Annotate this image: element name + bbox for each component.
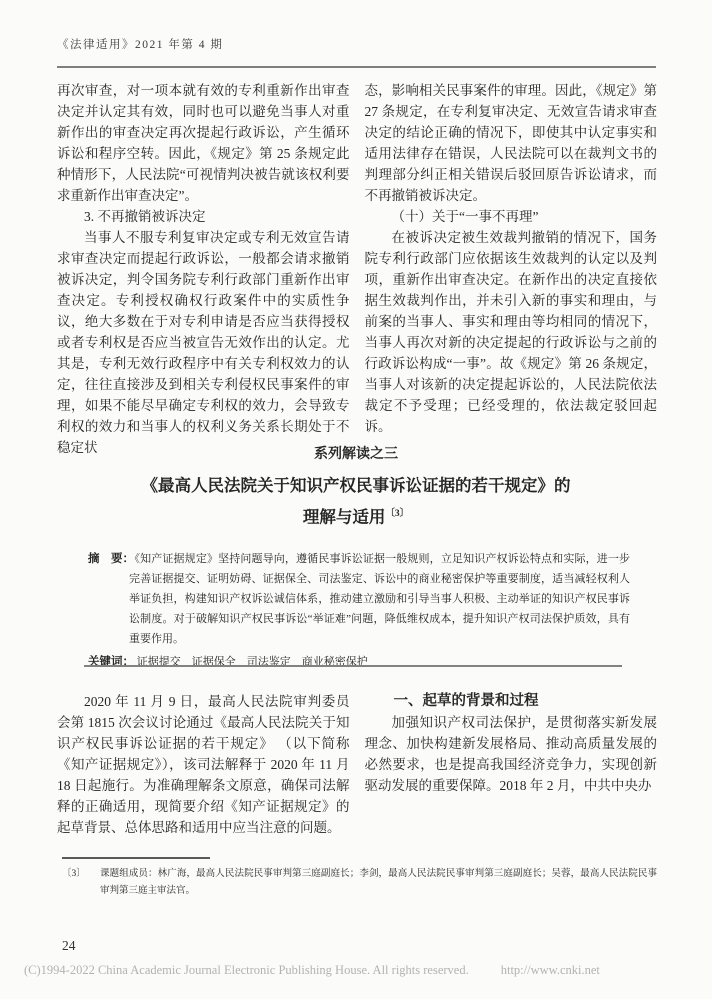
- header-rule: [57, 66, 656, 68]
- series-label: 系列解读之三: [0, 443, 712, 463]
- body-paragraph: 再次审查，对一项本就有效的专利重新作出审查决定并认定其有效，同时也可以避免当事人…: [57, 80, 350, 206]
- copyright-text: (C)1994-2022 China Academic Journal Elec…: [24, 963, 469, 977]
- page-number: 24: [62, 938, 76, 954]
- section-heading: 一、起草的背景和过程: [365, 691, 658, 712]
- cnki-url: http://www.cnki.net: [501, 963, 600, 977]
- body-paragraph: 在被诉决定被生效裁判撤销的情况下，国务院专利行政部门应依据该生效裁判的认定以及判…: [365, 227, 658, 437]
- bottom-two-column-section: 2020 年 11 月 9 日，最高人民法院审判委员会第 1815 次会议讨论通…: [57, 691, 657, 838]
- keywords-row: 关键词： 证据提交 证据保全 司法鉴定 商业秘密保护: [88, 652, 630, 672]
- subsection-heading: 3. 不再撤销被诉决定: [57, 206, 350, 227]
- article-title-block: 系列解读之三 《最高人民法院关于知识产权民事诉讼证据的若干规定》的 理解与适用〔…: [0, 443, 712, 532]
- footnote-marker: 〔3〕: [62, 866, 86, 883]
- footnote: 〔3〕 课题组成员：林广海，最高人民法院民事审判第三庭副庭长；李剑，最高人民法院…: [62, 866, 657, 900]
- abstract-block: 摘 要： 《知产证据规定》坚持问题导向，遵循民事诉讼证据一般规则，立足知识产权诉…: [88, 549, 630, 672]
- footnote-text: 课题组成员：林广海，最高人民法院民事审判第三庭副庭长；李剑，最高人民法院民事审判…: [100, 866, 657, 900]
- abstract-row: 摘 要： 《知产证据规定》坚持问题导向，遵循民事诉讼证据一般规则，立足知识产权诉…: [88, 549, 630, 649]
- top-two-column-section: 再次审查，对一项本就有效的专利重新作出审查决定并认定其有效，同时也可以避免当事人…: [57, 80, 657, 458]
- body-paragraph: 2020 年 11 月 9 日，最高人民法院审判委员会第 1815 次会议讨论通…: [57, 691, 350, 838]
- body-paragraph: 加强知识产权司法保护，是贯彻落实新发展理念、加快构建新发展格局、推动高质量发展的…: [365, 712, 658, 796]
- article-title: 《最高人民法院关于知识产权民事诉讼证据的若干规定》的 理解与适用〔3〕: [0, 472, 712, 532]
- article-title-line2: 理解与适用: [303, 508, 386, 527]
- bottom-left-column: 2020 年 11 月 9 日，最高人民法院审判委员会第 1815 次会议讨论通…: [57, 691, 350, 838]
- subsection-heading: （十）关于“一事不再理”: [365, 206, 658, 227]
- abstract-text: 《知产证据规定》坚持问题导向，遵循民事诉讼证据一般规则，立足知识产权诉讼特点和实…: [129, 549, 630, 649]
- body-paragraph: 当事人不服专利复审决定或专利无效宣告请求审查决定而提起行政诉讼，一般都会请求撤销…: [57, 227, 350, 458]
- abstract-divider-rule: [84, 665, 622, 667]
- body-paragraph: 态，影响相关民事案件的审理。因此，《规定》第 27 条规定，在专利复审决定、无效…: [365, 80, 658, 206]
- journal-header: 《法律适用》2021 年第 4 期: [57, 36, 223, 52]
- journal-page: 《法律适用》2021 年第 4 期 再次审查，对一项本就有效的专利重新作出审查决…: [0, 0, 712, 999]
- bottom-right-column: 一、起草的背景和过程 加强知识产权司法保护，是贯彻落实新发展理念、加快构建新发展…: [365, 691, 658, 838]
- title-footnote-marker: 〔3〕: [385, 509, 409, 519]
- article-title-line1: 《最高人民法院关于知识产权民事诉讼证据的若干规定》的: [142, 476, 571, 495]
- top-left-column: 再次审查，对一项本就有效的专利重新作出审查决定并认定其有效，同时也可以避免当事人…: [57, 80, 350, 458]
- top-right-column: 态，影响相关民事案件的审理。因此，《规定》第 27 条规定，在专利复审决定、无效…: [365, 80, 658, 458]
- copyright-footer: (C)1994-2022 China Academic Journal Elec…: [24, 963, 694, 978]
- footnote-separator: [62, 857, 210, 859]
- abstract-label: 摘 要：: [88, 549, 134, 569]
